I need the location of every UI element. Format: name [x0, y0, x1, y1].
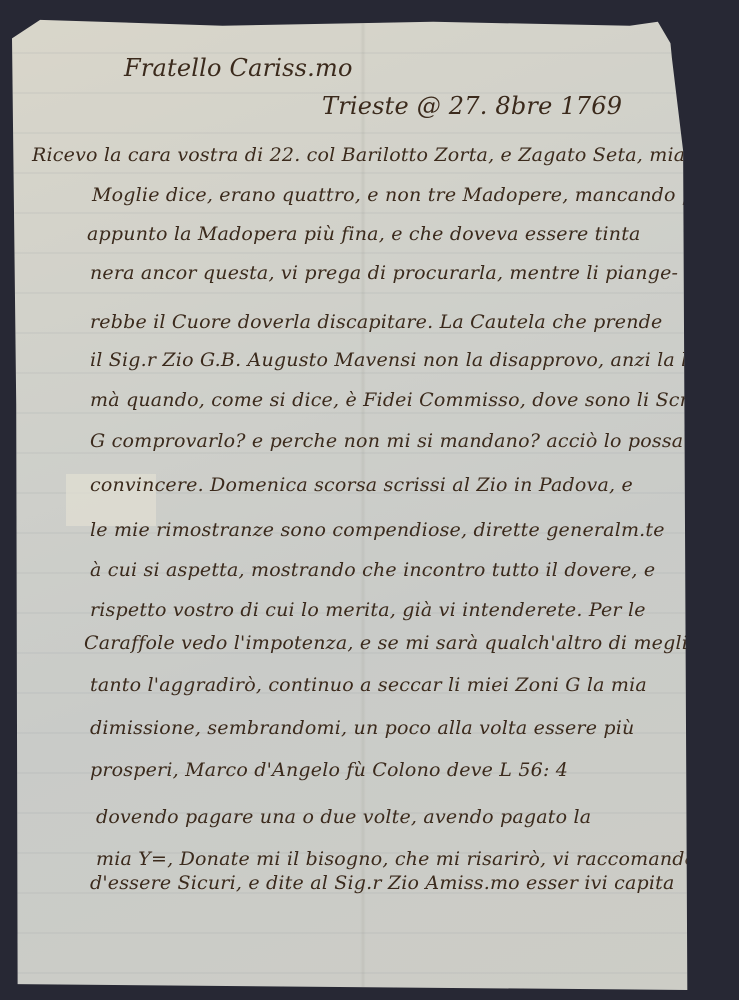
body-line: il Sig.r Zio G.B. Augusto Mavensi non la…	[90, 349, 729, 371]
body-line: mà quando, come si dice, è Fidei Commiss…	[90, 389, 717, 411]
body-line: tanto l'aggradirò, continuo a seccar li …	[90, 674, 647, 696]
letter-paper: Fratello Cariss.mo Trieste @ 27. 8bre 17…	[12, 14, 714, 990]
body-line: dovendo pagare una o due volte, avendo p…	[96, 806, 591, 828]
body-line: mia Y=, Donate mi il bisogno, che mi ris…	[96, 848, 696, 870]
dateline: Trieste @ 27. 8bre 1769	[322, 92, 622, 120]
body-line: nera ancor questa, vi prega di procurarl…	[90, 262, 678, 284]
body-line: le mie rimostranze sono compendiose, dir…	[90, 519, 665, 541]
body-line: Caraffole vedo l'impotenza, e se mi sarà…	[84, 632, 700, 654]
body-line: à cui si aspetta, mostrando che incontro…	[90, 559, 655, 581]
body-line: Ricevo la cara vostra di 22. col Barilot…	[32, 144, 685, 166]
body-line: dimissione, sembrandomi, un poco alla vo…	[90, 717, 634, 739]
body-line: Moglie dice, erano quattro, e non tre Ma…	[92, 184, 715, 206]
body-line: G comprovarlo? e perche non mi si mandan…	[90, 430, 683, 452]
body-line: d'essere Sicuri, e dite al Sig.r Zio Ami…	[90, 872, 674, 894]
salutation: Fratello Cariss.mo	[124, 54, 353, 82]
body-line: rispetto vostro di cui lo merita, già vi…	[90, 599, 646, 621]
body-line: convincere. Domenica scorsa scrissi al Z…	[90, 474, 633, 496]
body-line: prosperi, Marco d'Angelo fù Colono deve …	[90, 759, 568, 781]
body-line: rebbe il Cuore doverla discapitare. La C…	[90, 311, 662, 333]
body-line: appunto la Madopera più fina, e che dove…	[87, 223, 641, 245]
